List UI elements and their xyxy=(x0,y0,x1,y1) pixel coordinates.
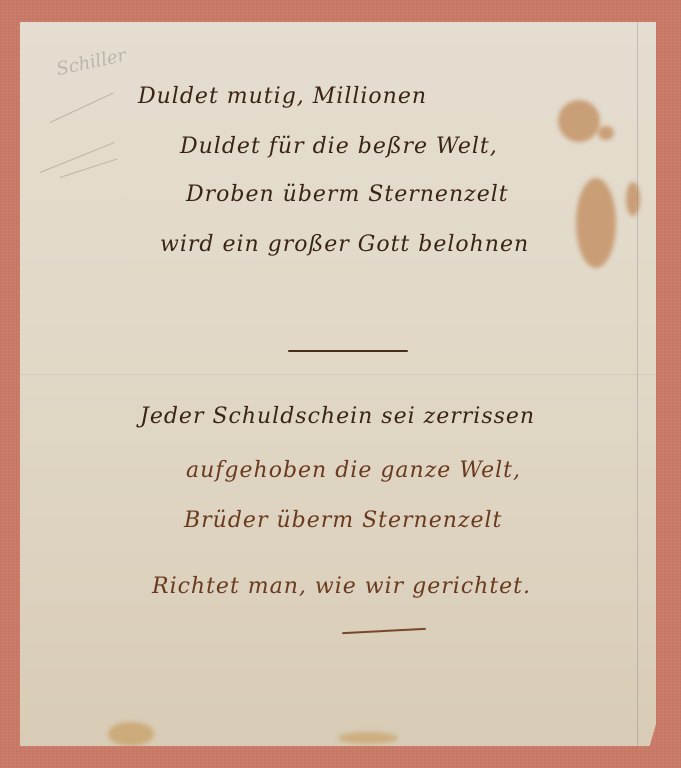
verse-line: Brüder überm Sternenzelt xyxy=(184,508,502,533)
verse-line: Richtet man, wie wir gerichtet. xyxy=(152,574,531,599)
verse-line: Duldet für die beßre Welt, xyxy=(180,134,498,159)
closing-flourish xyxy=(342,628,426,634)
fold-crease-vertical xyxy=(637,22,638,746)
verse-line: Duldet mutig, Millionen xyxy=(138,84,427,109)
water-stain xyxy=(338,732,398,744)
stanza-divider xyxy=(288,350,408,352)
ink-stain xyxy=(626,182,640,216)
verse-line: Droben überm Sternenzelt xyxy=(186,182,509,207)
pencil-stroke xyxy=(50,92,114,122)
pencil-stroke xyxy=(40,142,115,173)
fold-crease-horizontal xyxy=(20,374,656,375)
verse-line: Jeder Schuldschein sei zerrissen xyxy=(140,404,535,429)
manuscript-page: Schiller Duldet mutig, Millionen Duldet … xyxy=(20,22,656,746)
ink-stain xyxy=(558,100,600,142)
ink-stain xyxy=(598,126,614,140)
water-stain xyxy=(108,722,154,746)
pencil-annotation: Schiller xyxy=(55,45,128,80)
ink-stain xyxy=(576,178,616,268)
verse-line: aufgehoben die ganze Welt, xyxy=(186,458,521,483)
verse-line: wird ein großer Gott belohnen xyxy=(160,232,529,257)
